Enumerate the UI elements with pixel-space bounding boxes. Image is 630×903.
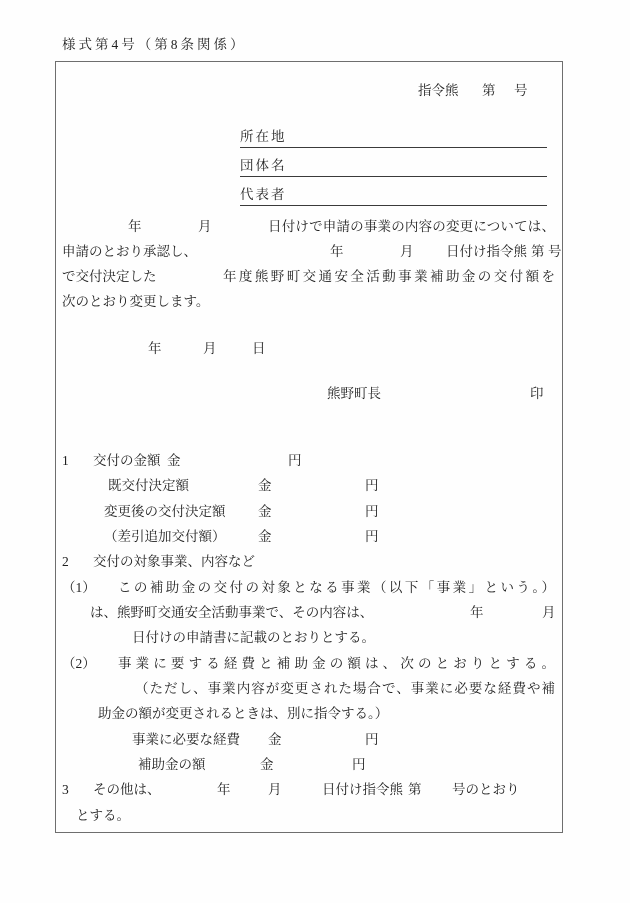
changed-grant-line: 変更後の交付決定額金円 [0,502,630,521]
item2-2-line2: （ただし、事業内容が変更された場合で、事業に必要な経費や補 [0,679,630,698]
date-line: 年月日 [0,339,630,358]
para-2-seg-5: 号 [548,242,562,261]
item2-heading-seg-0: 2 [62,552,69,571]
difference-line-seg-2: 円 [365,527,379,546]
previous-grant-line-seg-1: 金 [258,476,272,495]
item3-line1-seg-2: 年 [217,780,231,799]
subsidy-line-seg-1: 金 [260,755,274,774]
grant-amount-line: 1交付の金額金円 [0,451,630,470]
item2-1-line1: （1）この補助金の交付の対象となる事業（以下「事業」という。） [0,578,630,597]
para-2-seg-4: 第 [531,242,545,261]
date-line-seg-0: 年 [148,339,162,358]
item3-line1-seg-6: 号のとおり [452,780,520,799]
item3-line1-seg-0: 3 [62,780,69,799]
previous-grant-line-seg-2: 円 [365,476,379,495]
previous-grant-line-seg-0: 既交付決定額 [108,476,189,495]
changed-grant-line-seg-2: 円 [365,502,379,521]
signature-line: 熊野町長印 [0,384,630,403]
item2-1-line3-seg-0: 日付けの申請書に記載のとおりとする。 [132,628,375,647]
para-2-seg-2: 月 [400,242,414,261]
item2-heading-seg-1: 交付の対象事業、内容など [93,552,255,571]
para-1-seg-2: 日付けで申請の事業の内容の変更については、 [268,217,555,236]
item2-1-line3: 日付けの申請書に記載のとおりとする。 [0,628,630,647]
item3-line2-seg-0: とする。 [76,806,130,825]
date-line-seg-1: 月 [203,339,217,358]
signature-line-seg-1: 印 [530,384,544,403]
item2-1-line2-seg-2: 月 [542,603,556,622]
para-4-seg-0: 次のとおり変更します。 [62,292,209,311]
item3-line2: とする。 [0,806,630,825]
addressee-field-2: 代表者 [240,186,547,206]
doc-number-seg-0: 指令熊 [418,81,459,100]
item3-line1-seg-1: その他は、 [93,780,161,799]
subsidy-line-seg-0: 補助金の額 [138,755,206,774]
doc-number-seg-1: 第 [482,81,496,100]
addressee-field-1: 団体名 [240,157,547,177]
item2-2-line3-seg-0: 助金の額が変更されるときは、別に指令する。） [98,704,388,723]
addressee-label: 所在地 [240,129,287,144]
para-3-seg-1: 年度熊野町交通安全活動事業補助金の交付額を [223,267,555,286]
grant-amount-line-seg-0: 1 [62,451,69,470]
date-line-seg-2: 日 [252,339,266,358]
grant-amount-line-seg-1: 交付の金額 [93,451,161,470]
para-2-seg-3: 日付け指令熊 [446,242,527,261]
item2-2-line1: （2）事業に要する経費と補助金の額は、次のとおりとする。 [0,654,630,673]
para-4: 次のとおり変更します。 [0,292,630,311]
expense-line-seg-0: 事業に必要な経費 [132,730,240,749]
addressee-label: 代表者 [240,187,287,202]
item2-1-line2: は、熊野町交通安全活動事業で、その内容は、年月 [0,603,630,622]
para-2-seg-1: 年 [330,242,344,261]
para-1-seg-1: 月 [198,217,212,236]
difference-line-seg-1: 金 [258,527,272,546]
item3-line1-seg-4: 日付け指令熊 [322,780,403,799]
item2-2-line3: 助金の額が変更されるときは、別に指令する。） [0,704,630,723]
item2-2-line1-seg-0: （2） [62,654,96,673]
expense-line-seg-1: 金 [268,730,282,749]
grant-amount-line-seg-2: 金 [167,451,181,470]
para-2: 申請のとおり承認し、年月日付け指令熊第号 [0,242,630,261]
item3-line1-seg-5: 第 [408,780,422,799]
subsidy-line: 補助金の額金円 [0,755,630,774]
para-1-seg-0: 年 [128,217,142,236]
addressee-field-0: 所在地 [240,128,547,148]
item2-1-line2-seg-0: は、熊野町交通安全活動事業で、その内容は、 [90,603,373,622]
para-2-seg-0: 申請のとおり承認し、 [62,242,197,261]
item2-heading: 2交付の対象事業、内容など [0,552,630,571]
grant-amount-line-seg-3: 円 [288,451,302,470]
item3-line1-seg-3: 月 [268,780,282,799]
changed-grant-line-seg-1: 金 [258,502,272,521]
item2-2-line1-seg-1: 事業に要する経費と補助金の額は、次のとおりとする。 [118,654,555,673]
para-1: 年月日付けで申請の事業の内容の変更については、 [0,217,630,236]
previous-grant-line: 既交付決定額金円 [0,476,630,495]
para-3: で交付決定した年度熊野町交通安全活動事業補助金の交付額を [0,267,630,286]
item2-2-line2-seg-0: （ただし、事業内容が変更された場合で、事業に必要な経費や補 [135,679,555,698]
expense-line-seg-2: 円 [365,730,379,749]
doc-number: 指令熊第号 [0,81,630,100]
item2-1-line2-seg-1: 年 [470,603,484,622]
document-page: 様式第4号（第8条関係） 所在地団体名代表者 指令熊第号年月日付けで申請の事業の… [0,0,630,903]
item3-line1: 3その他は、年月日付け指令熊第号のとおり [0,780,630,799]
changed-grant-line-seg-0: 変更後の交付決定額 [104,502,226,521]
form-style-label: 様式第4号（第8条関係） [62,33,247,53]
signature-line-seg-0: 熊野町長 [327,384,381,403]
item2-1-line1-seg-0: （1） [62,578,96,597]
subsidy-line-seg-2: 円 [352,755,366,774]
item2-1-line1-seg-1: この補助金の交付の対象となる事業（以下「事業」という。） [118,578,555,597]
doc-number-seg-2: 号 [514,81,528,100]
difference-line-seg-0: （差引追加交付額） [104,527,226,546]
para-3-seg-0: で交付決定した [62,267,157,286]
addressee-label: 団体名 [240,158,287,173]
expense-line: 事業に必要な経費金円 [0,730,630,749]
difference-line: （差引追加交付額）金円 [0,527,630,546]
